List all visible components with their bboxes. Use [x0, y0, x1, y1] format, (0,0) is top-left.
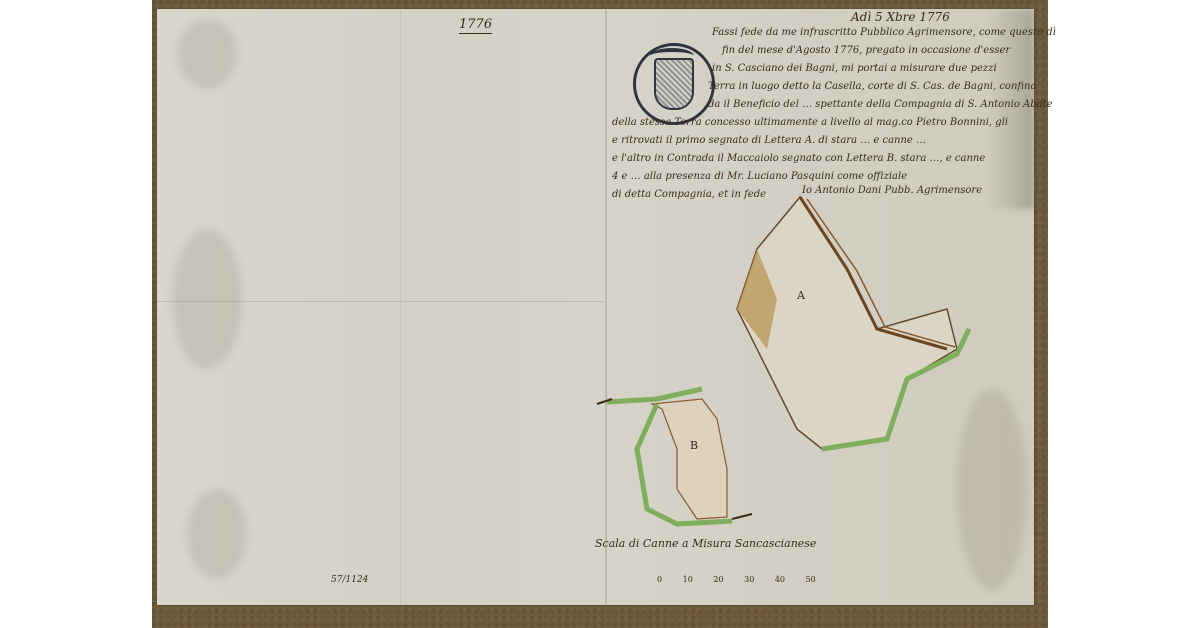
scale-tick: 20 [713, 575, 723, 584]
svg-text:B: B [690, 439, 698, 452]
parcel-b: B [597, 389, 752, 524]
scale-tick: 40 [775, 575, 785, 584]
scale-tick: 50 [806, 575, 816, 584]
scale-tick: 0 [657, 575, 662, 584]
scale-tick: 10 [683, 575, 693, 584]
svg-text:A: A [796, 289, 806, 302]
manuscript-sheet: 1776 57/1124 Adì 5 Xbre 1776 Fassi fede … [157, 9, 1034, 605]
scale-tick: 30 [744, 575, 754, 584]
scale-label: Scala di Canne a Misura Sancascianese [595, 537, 816, 550]
survey-map: A B [157, 9, 1034, 605]
parcel-a: A [737, 197, 969, 449]
scale-ticks: 0 10 20 30 40 50 [657, 575, 834, 584]
